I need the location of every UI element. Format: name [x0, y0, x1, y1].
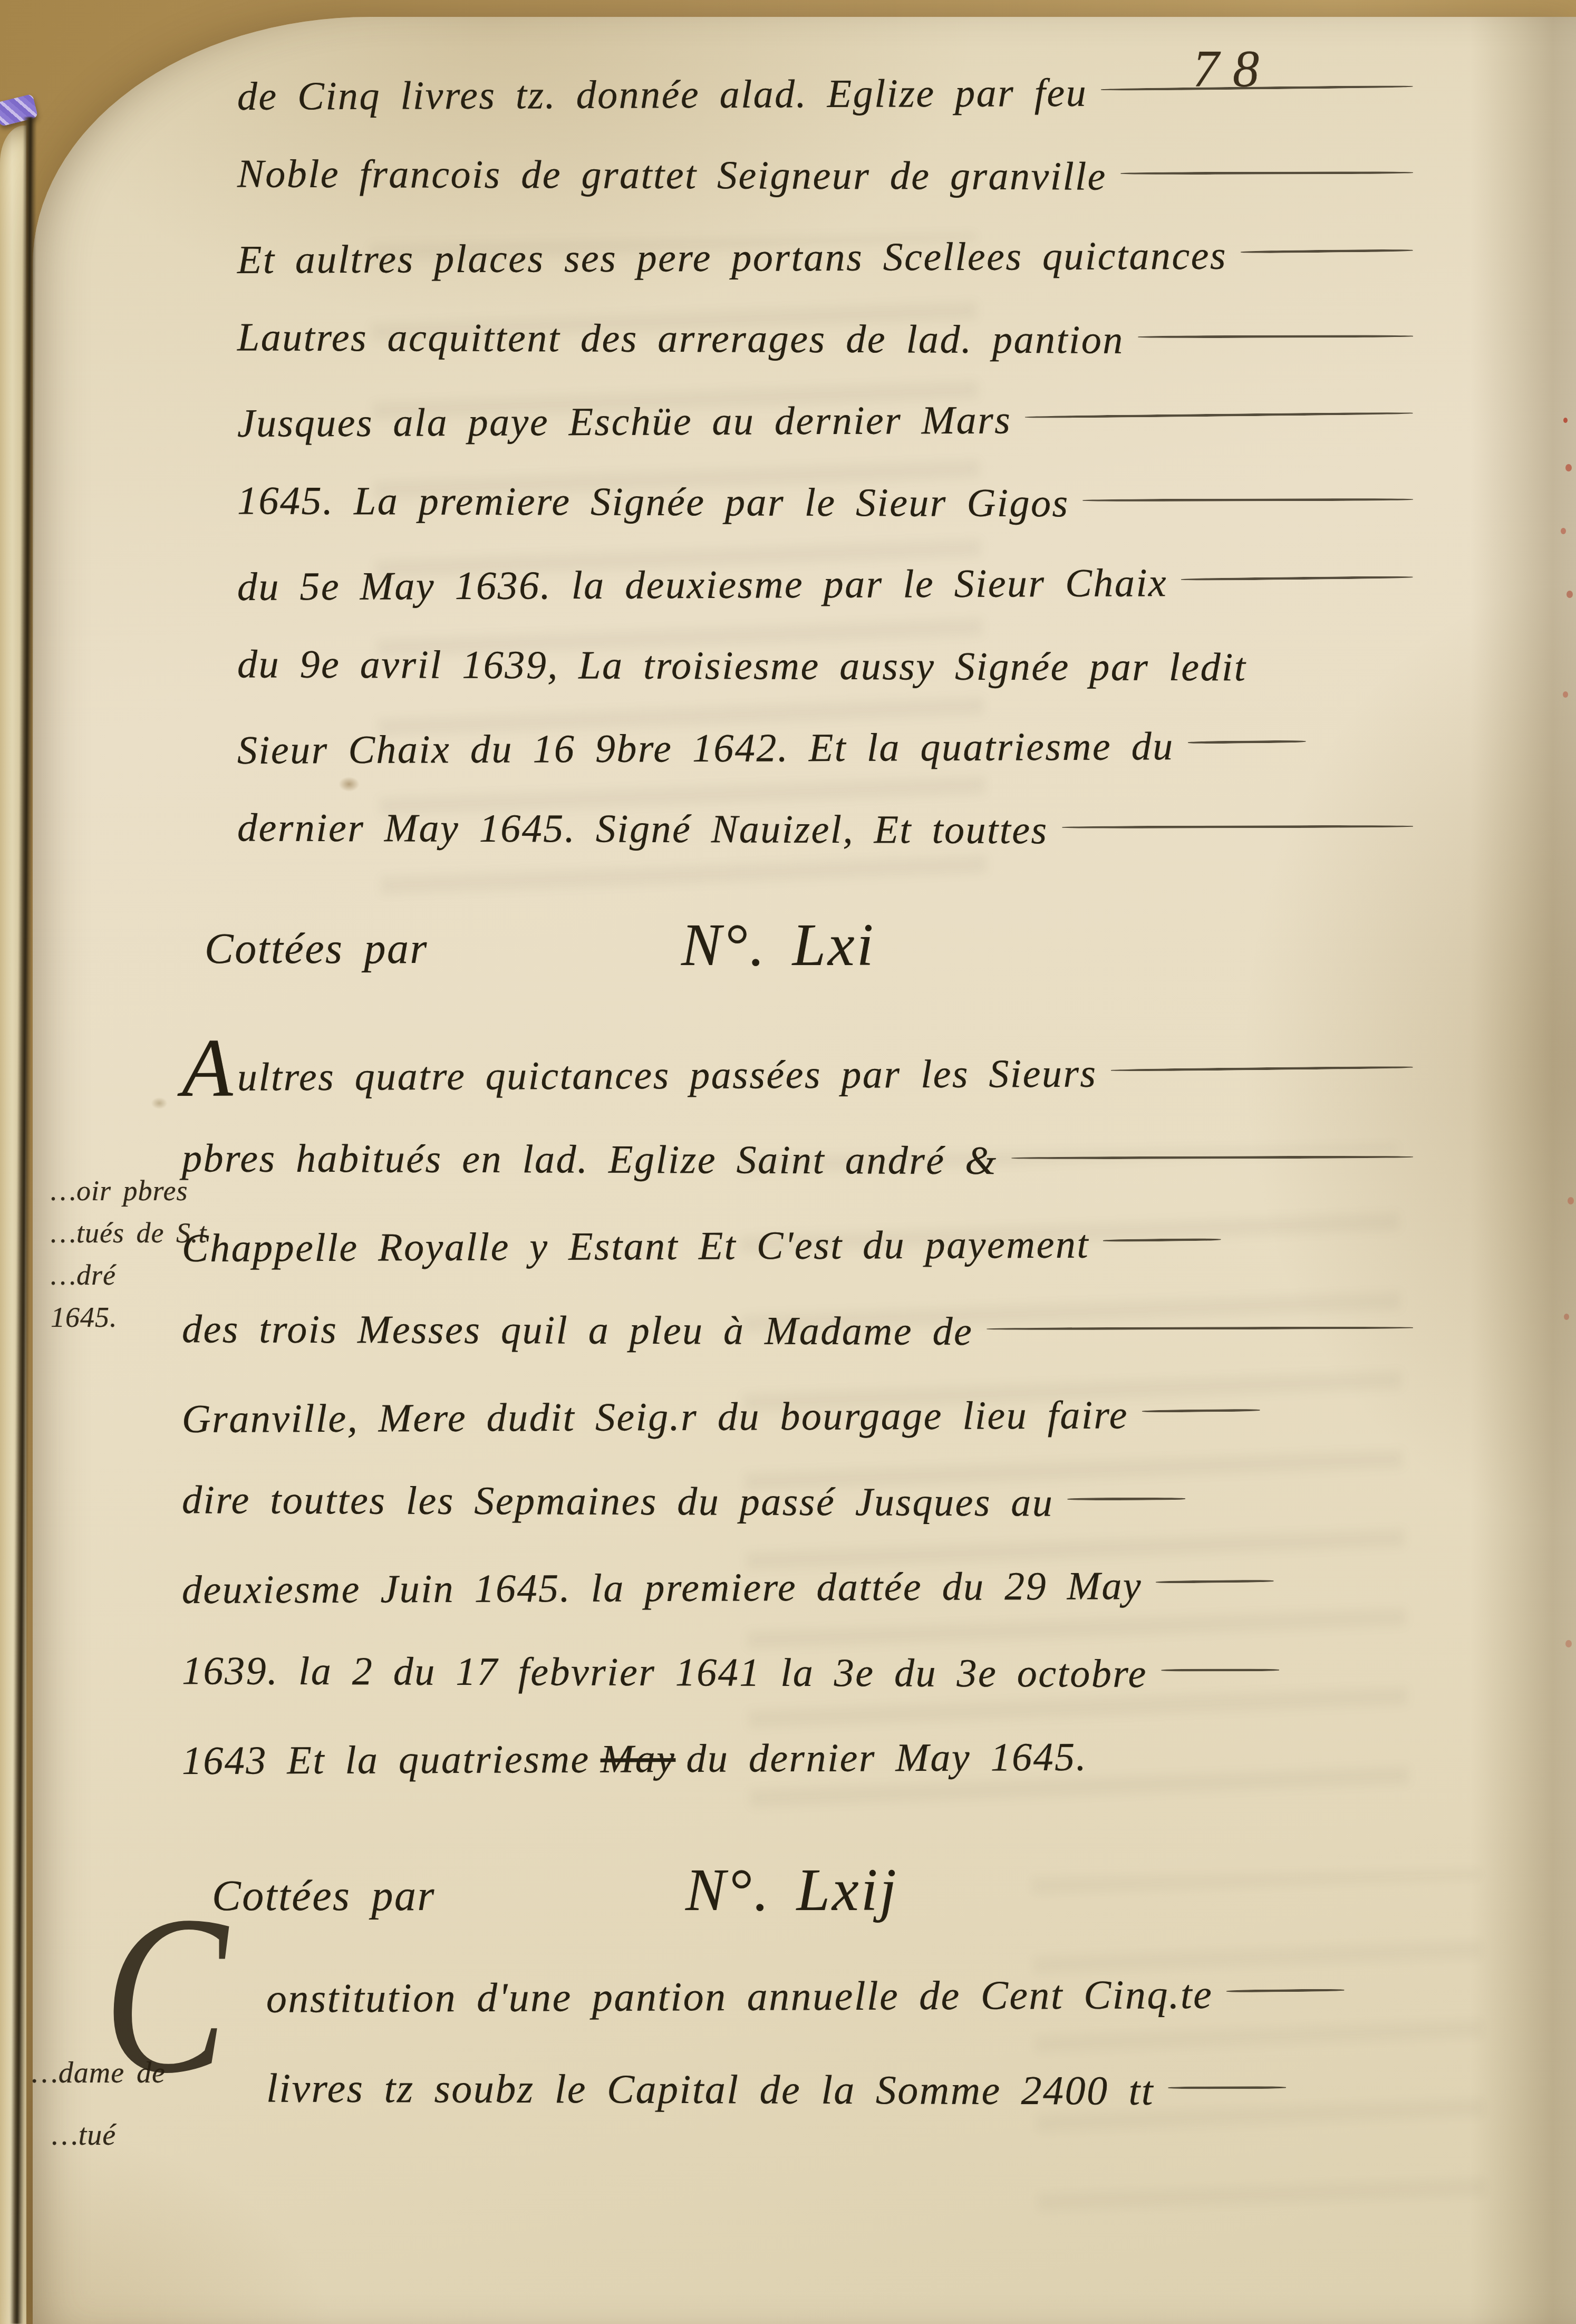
line-text: Lautres acquittent des arrerages de lad.… — [237, 314, 1124, 363]
line-filler-stroke — [1053, 1516, 1191, 1517]
manuscript-line: Chappelle Royalle y Estant Et C'est du p… — [182, 1220, 1419, 1311]
line-filler-stroke — [1167, 595, 1418, 596]
cottees-par-label-1: Cottées par — [205, 924, 428, 973]
margin-note-line: …dré — [51, 1254, 188, 1296]
line-filler-stroke — [1147, 1687, 1284, 1687]
line-text: onstitution d'une pantion annuelle de Ce… — [266, 1971, 1213, 2022]
manuscript-line: du 9e avril 1639, La troisiesme aussy Si… — [237, 641, 1418, 727]
entry-block-lxi: de Cinq livres tz. donnée alad. Eglize p… — [237, 71, 1418, 889]
line-text: dire touttes les Sepmaines du passé Jusq… — [182, 1477, 1053, 1526]
line-text: Chappelle Royalle y Estant Et C'est du p… — [182, 1222, 1089, 1272]
manuscript-line: Aultres quatre quictances passées par le… — [182, 1049, 1419, 1140]
manuscript-line: Granville, Mere dudit Seig.r du bourgage… — [182, 1391, 1419, 1482]
margin-note-1: …oir pbres …tués de S.t …dré 1645. — [51, 1170, 188, 1338]
line-text: livres tz soubz le Capital de la Somme 2… — [266, 2065, 1154, 2115]
margin-note-line: …oir pbres — [51, 1170, 188, 1212]
line-filler-stroke — [1128, 1428, 1265, 1428]
line-filler-stroke — [1048, 843, 1418, 844]
line-text: 1645. La premiere Signée par le Sieur Gi… — [237, 478, 1069, 526]
manuscript-line: dernier May 1645. Signé Nauizel, Et tout… — [237, 805, 1418, 890]
line-filler-stroke — [1087, 104, 1418, 106]
manuscript-line: 1645. La premiere Signée par le Sieur Gi… — [237, 478, 1418, 563]
line-text: du 9e avril 1639, La troisiesme aussy Si… — [237, 641, 1247, 690]
margin-note-line: 1645. — [51, 1296, 188, 1338]
manuscript-line: dire touttes les Sepmaines du passé Jusq… — [182, 1477, 1418, 1566]
line-text: 1639. la 2 du 17 febvrier 1641 la 3e du … — [182, 1648, 1147, 1697]
entry-number-lxij: N°. Lxij — [685, 1855, 898, 1925]
manuscript-line: Noble francois de grattet Seigneur de gr… — [237, 151, 1418, 236]
entry-number-lxi: N°. Lxi — [681, 910, 875, 980]
line-text: deuxiesme Juin 1645. la premiere dattée … — [182, 1563, 1143, 1613]
page-content: 78 de Cinq livres tz. donnée alad. Egliz… — [0, 0, 1576, 2324]
line-filler-stroke — [1174, 759, 1311, 759]
line-text: des trois Messes quil a pleu à Madame de — [182, 1306, 973, 1355]
line-text: dernier May 1645. Signé Nauizel, Et tout… — [237, 805, 1048, 853]
line-filler-stroke — [1142, 1598, 1279, 1599]
manuscript-line: des trois Messes quil a pleu à Madame de — [182, 1306, 1418, 1395]
line-filler-stroke — [1107, 190, 1418, 191]
line-text: Sieur Chaix du 16 9bre 1642. Et la quatr… — [237, 724, 1174, 774]
line-filler-stroke — [973, 1345, 1418, 1346]
manuscript-line: Lautres acquittent des arrerages de lad.… — [237, 314, 1418, 400]
manuscript-line: 1639. la 2 du 17 febvrier 1641 la 3e du … — [182, 1648, 1418, 1737]
line-text: pbres habitués en lad. Eglize Saint andr… — [182, 1135, 998, 1184]
manuscript-line: 1643 Et la quatriesmeMaydu dernier May 1… — [182, 1733, 1419, 1824]
manuscript-line: livres tz soubz le Capital de la Somme 2… — [266, 2065, 1419, 2162]
line-filler-stroke — [998, 1174, 1418, 1175]
line-text: 1643 Et la quatriesme — [182, 1737, 590, 1784]
line-text: ultres quatre quictances passées par les… — [237, 1051, 1097, 1101]
manuscript-line: deuxiesme Juin 1645. la premiere dattée … — [182, 1562, 1419, 1653]
line-filler-stroke — [1213, 2008, 1350, 2008]
line-filler-stroke — [1089, 1257, 1226, 1257]
line-text: Noble francois de grattet Seigneur de gr… — [237, 151, 1107, 199]
manuscript-line: Sieur Chaix du 16 9bre 1642. Et la quatr… — [237, 722, 1419, 809]
line-filler-stroke — [1124, 353, 1418, 354]
line-filler-stroke — [1154, 2105, 1291, 2105]
line-text: du 5e May 1636. la deuxiesme par le Sieu… — [237, 560, 1168, 610]
cottees-par-label-2: Cottées par — [212, 1871, 436, 1921]
photo-scene: 78 de Cinq livres tz. donnée alad. Egliz… — [0, 0, 1576, 2324]
entry-block-lxiii: onstitution d'une pantion annuelle de Ce… — [266, 1972, 1418, 2160]
ornamental-initial-c: C — [103, 1882, 228, 2108]
manuscript-line: Et aultres places ses pere portans Scell… — [237, 232, 1419, 319]
manuscript-line: du 5e May 1636. la deuxiesme par le Sieu… — [237, 559, 1419, 646]
line-text: Jusques ala paye Eschüe au dernier Mars — [237, 397, 1012, 446]
line-text: du dernier May 1645. — [686, 1734, 1087, 1782]
margin-note-line: …tués de S.t — [51, 1212, 188, 1254]
line-text: Granville, Mere dudit Seig.r du bourgage… — [182, 1392, 1128, 1442]
manuscript-line: de Cinq livres tz. donnée alad. Eglize p… — [237, 69, 1419, 156]
line-filler-stroke — [1011, 431, 1418, 433]
manuscript-line: pbres habitués en lad. Eglize Saint andr… — [182, 1135, 1418, 1224]
manuscript-line: onstitution d'une pantion annuelle de Ce… — [266, 1970, 1419, 2069]
line-text: de Cinq livres tz. donnée alad. Eglize p… — [237, 70, 1088, 120]
line-filler-stroke — [1069, 516, 1419, 517]
line-filler-stroke — [1227, 268, 1418, 269]
entry-block-lxii: Aultres quatre quictances passées par le… — [182, 1052, 1418, 1821]
manuscript-line: Jusques ala paye Eschüe au dernier Mars — [237, 396, 1419, 483]
line-filler-stroke — [1097, 1085, 1418, 1087]
struck-word: May — [601, 1736, 676, 1782]
line-text: Et aultres places ses pere portans Scell… — [237, 233, 1227, 283]
